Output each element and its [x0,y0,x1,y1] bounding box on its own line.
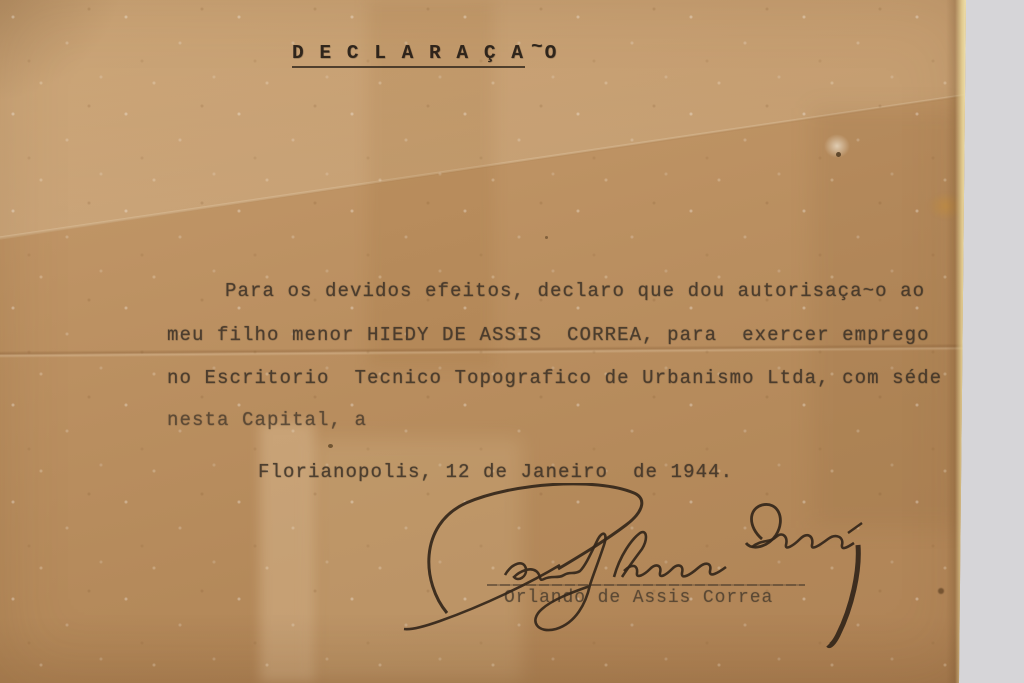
photo-background-surface: D E C L A R A Ç A~O Para os devidos efei… [0,0,1024,683]
paper-document: D E C L A R A Ç A~O Para os devidos efei… [0,0,970,683]
handwritten-signature [400,483,880,663]
document-title: D E C L A R A Ç A~O [292,42,558,64]
body-line-1: Para os devidos efeitos, declaro que dou… [225,280,925,302]
body-line-3: no Escritorio Tecnico Topografico de Urb… [167,367,942,389]
date-line: Florianopolis, 12 de Janeiro de 1944. [258,461,733,483]
paper-right-edge [946,0,966,683]
title-final-letter: O [545,42,559,64]
title-tilde-mark: ~ [531,36,545,58]
body-line-4: nesta Capital, a [167,409,367,431]
document-title-underlined: D E C L A R A Ç A [292,42,525,68]
body-line-2: meu filho menor HIEDY DE ASSIS CORREA, p… [167,324,930,346]
